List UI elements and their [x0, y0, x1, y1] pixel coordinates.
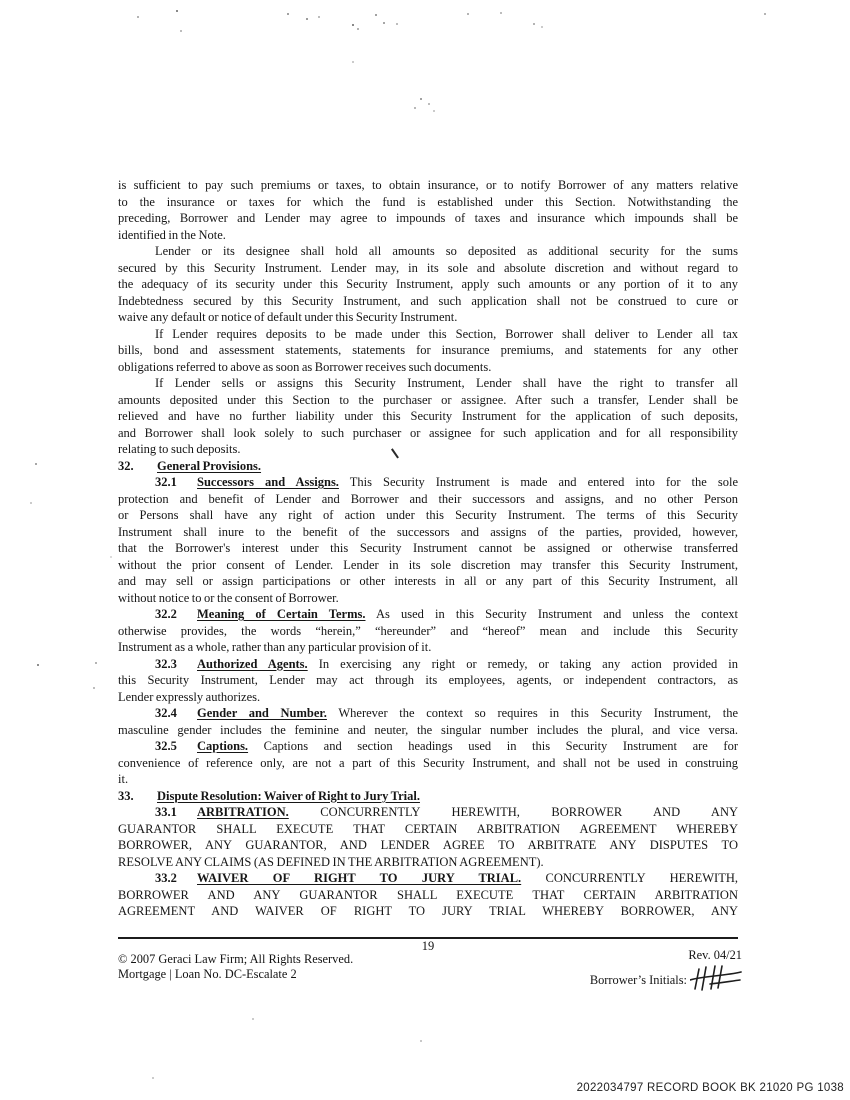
doc-line: masculine gender includes the feminine a… [118, 722, 738, 739]
borrower-initials-label: Borrower’s Initials: [590, 973, 687, 987]
footer-left: © 2007 Geraci Law Firm; All Rights Reser… [118, 952, 353, 982]
doc-line: it. [118, 771, 738, 788]
loan-number-line: Mortgage | Loan No. DC-Escalate 2 [118, 967, 353, 982]
doc-line: protection and benefit of Lender and Bor… [118, 491, 738, 508]
doc-line: that the Borrower's interest under this … [118, 540, 738, 557]
doc-line: or Persons shall have any right of actio… [118, 507, 738, 524]
revision-line: Rev. 04/21 [590, 948, 742, 962]
document-page: is sufficient to pay such premiums or ta… [0, 0, 850, 1100]
doc-line: without notice to or the consent of Borr… [118, 590, 738, 607]
doc-line: relating to such deposits. [118, 441, 738, 458]
doc-line: BORROWER, ANY GUARANTOR, AND LENDER AGRE… [118, 837, 738, 854]
doc-line: bills, bond and assessment statements, s… [118, 342, 738, 359]
doc-line: Lender expressly authorizes. [118, 689, 738, 706]
doc-line: 32.General Provisions. [118, 458, 738, 475]
doc-line: identified in the Note. [118, 227, 738, 244]
doc-line: 32.5Captions. Captions and section headi… [118, 738, 738, 755]
scan-noise [0, 0, 2, 2]
doc-line: and Borrower shall look solely to such p… [118, 425, 738, 442]
doc-line: If Lender sells or assigns this Security… [118, 375, 738, 392]
doc-line: amounts deposited under this Section to … [118, 392, 738, 409]
doc-line: obligations referred to above as soon as… [118, 359, 738, 376]
doc-line: is sufficient to pay such premiums or ta… [118, 177, 738, 194]
doc-line: 32.4Gender and Number. Wherever the cont… [118, 705, 738, 722]
doc-line: If Lender requires deposits to be made u… [118, 326, 738, 343]
doc-line: secured by this Security Instrument. Len… [118, 260, 738, 277]
doc-line: 32.2Meaning of Certain Terms. As used in… [118, 606, 738, 623]
doc-line: 33.Dispute Resolution: Waiver of Right t… [118, 788, 738, 805]
doc-line: 32.3Authorized Agents. In exercising any… [118, 656, 738, 673]
doc-line: Instrument as a whole, rather than any p… [118, 639, 738, 656]
doc-line: preceding, Borrower and Lender may agree… [118, 210, 738, 227]
doc-line: RESOLVE ANY CLAIMS (AS DEFINED IN THE AR… [118, 854, 738, 871]
recording-stamp: 2022034797 RECORD BOOK BK 21020 PG 1038 [577, 1082, 844, 1094]
doc-line: Lender or its designee shall hold all am… [118, 243, 738, 260]
borrower-initials-signature-icon [690, 963, 742, 993]
doc-line: 33.1ARBITRATION. CONCURRENTLY HEREWITH, … [118, 804, 738, 821]
doc-line: the adequacy of its security under this … [118, 276, 738, 293]
doc-line: to the insurance or taxes for which the … [118, 194, 738, 211]
doc-line: 33.2WAIVER OF RIGHT TO JURY TRIAL. CONCU… [118, 870, 738, 887]
doc-line: this Security Instrument, Lender may act… [118, 672, 738, 689]
copyright-line: © 2007 Geraci Law Firm; All Rights Reser… [118, 952, 353, 967]
doc-line: convenience of reference only, are not a… [118, 755, 738, 772]
doc-line: Indebtedness secured by this Security In… [118, 293, 738, 310]
doc-line: otherwise provides, the words “herein,” … [118, 623, 738, 640]
doc-line: GUARANTOR SHALL EXECUTE THAT CERTAIN ARB… [118, 821, 738, 838]
doc-line: 32.1Successors and Assigns. This Securit… [118, 474, 738, 491]
doc-line: and may sell or assign participations or… [118, 573, 738, 590]
doc-line: waive any default or notice of default u… [118, 309, 738, 326]
doc-line: AGREEMENT AND WAIVER OF RIGHT TO JURY TR… [118, 903, 738, 920]
doc-line: without the prior consent of Lender. Len… [118, 557, 738, 574]
footer-right: Rev. 04/21 Borrower’s Initials: [590, 948, 742, 993]
doc-line: Instrument shall inure to the benefit of… [118, 524, 738, 541]
doc-line: relieved and have no further liability u… [118, 408, 738, 425]
doc-line: BORROWER AND ANY GUARANTOR SHALL EXECUTE… [118, 887, 738, 904]
document-body: is sufficient to pay such premiums or ta… [118, 177, 738, 920]
